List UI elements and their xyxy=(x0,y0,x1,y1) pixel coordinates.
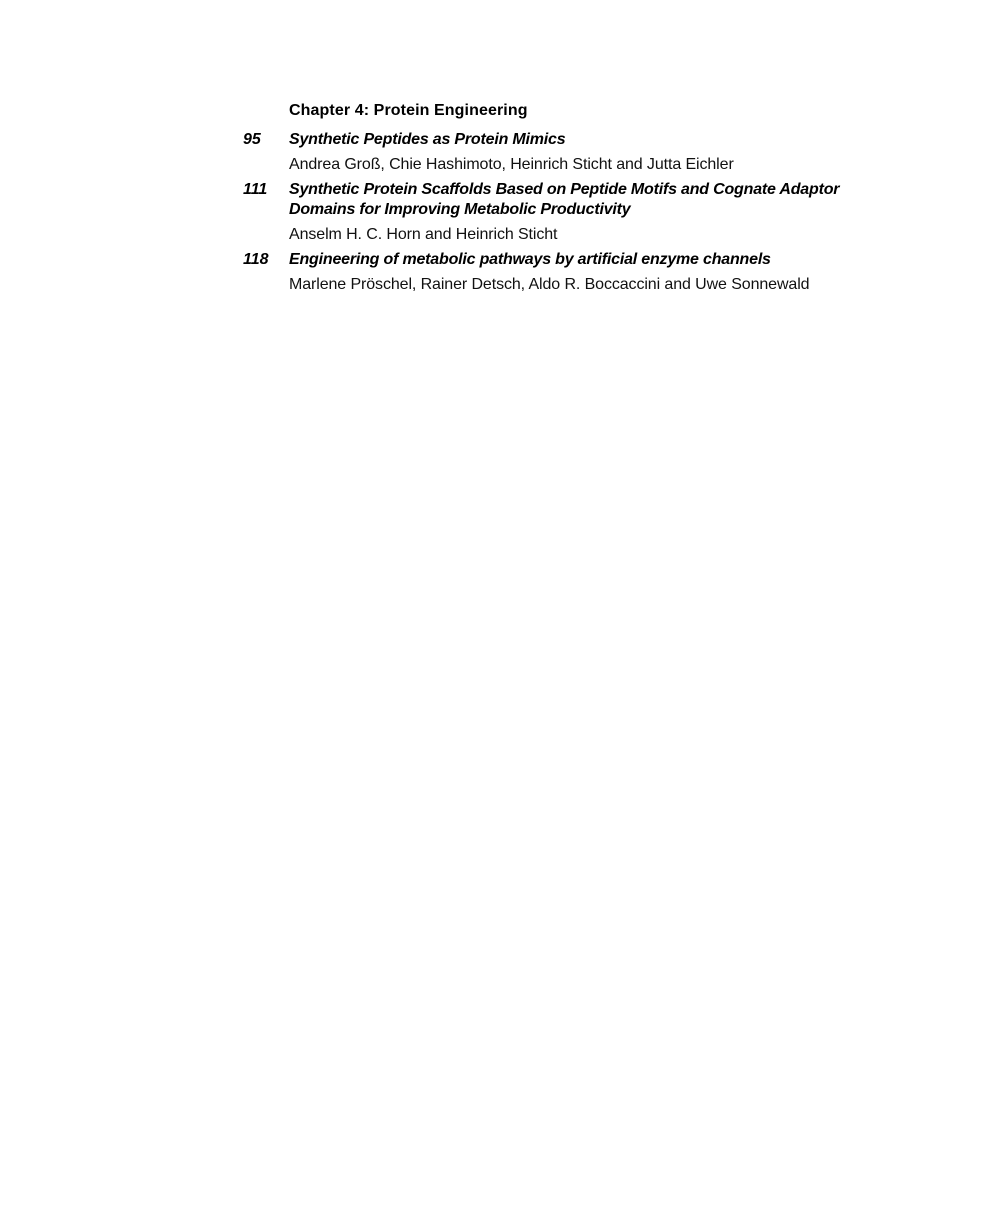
page-number: 118 xyxy=(243,250,289,295)
table-of-contents: Chapter 4: Protein Engineering 95 Synthe… xyxy=(243,100,903,300)
entry-body: Synthetic Protein Scaffolds Based on Pep… xyxy=(289,180,903,245)
article-authors: Marlene Pröschel, Rainer Detsch, Aldo R.… xyxy=(289,275,903,295)
toc-entry: 111 Synthetic Protein Scaffolds Based on… xyxy=(243,180,903,245)
article-title: Synthetic Peptides as Protein Mimics xyxy=(289,130,903,150)
page-number: 111 xyxy=(243,180,289,245)
article-authors: Anselm H. C. Horn and Heinrich Sticht xyxy=(289,225,903,245)
toc-entry: 95 Synthetic Peptides as Protein Mimics … xyxy=(243,130,903,175)
article-authors: Andrea Groß, Chie Hashimoto, Heinrich St… xyxy=(289,155,903,175)
entry-body: Synthetic Peptides as Protein Mimics And… xyxy=(289,130,903,175)
toc-entry: 118 Engineering of metabolic pathways by… xyxy=(243,250,903,295)
entry-body: Engineering of metabolic pathways by art… xyxy=(289,250,903,295)
page-number: 95 xyxy=(243,130,289,175)
article-title: Engineering of metabolic pathways by art… xyxy=(289,250,903,270)
chapter-heading: Chapter 4: Protein Engineering xyxy=(289,100,903,122)
article-title: Synthetic Protein Scaffolds Based on Pep… xyxy=(289,180,903,220)
